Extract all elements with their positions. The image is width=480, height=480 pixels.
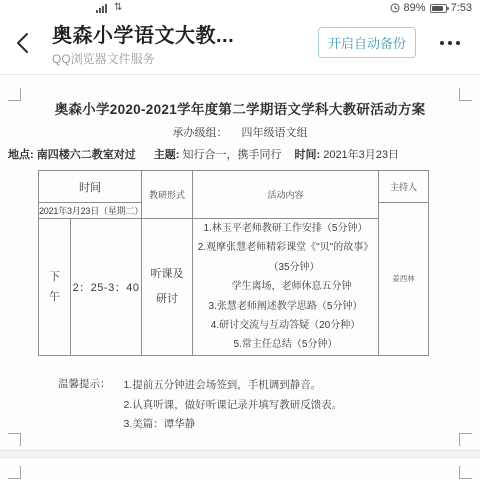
organizer-value: 四年级语文组 [242, 127, 308, 139]
tips-section: 温馨提示： 1.提前五分钟进会场签到，手机调到静音。 2.认真听课，做好听课记录… [58, 376, 342, 435]
back-button[interactable] [16, 28, 42, 58]
app-header: 奥森小学语文大教... QQ浏览器文件服务 开启自动备份 [0, 15, 480, 75]
doc-organizer-line: 承办级组：四年级语文组 [0, 124, 480, 140]
form-line: 听课及 [142, 262, 192, 287]
tip-item: 3.美篇：谭华静 [124, 415, 343, 435]
form-cell: 听课及 研讨 [142, 219, 193, 356]
time-value: 2021年3月23日 [323, 149, 399, 161]
document-page: 奥森小学2020-2021学年度第二学期语文学科大教研活动方案 承办级组：四年级… [0, 76, 480, 480]
theme-value: 知行合一，携手同行 [182, 149, 281, 161]
activity-item: 4.研讨交流与互动答疑（20分种） [193, 316, 378, 335]
table-date-cell: 2021年3月23日（星期二） [39, 203, 142, 219]
signal-bars-icon [96, 4, 107, 13]
col-header-content: 活动内容 [193, 171, 379, 219]
tip-item: 1.提前五分钟进会场签到，手机调到静音。 [124, 376, 343, 396]
battery-percent: 89% [404, 2, 426, 14]
page-corner-mark [459, 433, 472, 446]
col-header-host: 主持人 [379, 171, 429, 203]
activity-item: 5.常主任总结（5分钟） [193, 335, 378, 354]
location-label: 地点: [8, 149, 34, 161]
col-header-form: 教研形式 [142, 171, 193, 219]
battery-icon [430, 4, 447, 13]
page-corner-mark [459, 466, 472, 479]
activity-item: 学生离场，老师休息五分钟 [193, 277, 378, 296]
time-label: 时间: [294, 149, 320, 161]
period-cell: 下 午 [39, 219, 71, 356]
host-name-cell: 姜西林 [379, 203, 429, 356]
activity-item: （35分钟） [193, 258, 378, 277]
data-transfer-icon: ⇅ [114, 3, 122, 13]
page-subtitle: QQ浏览器文件服务 [52, 50, 234, 67]
activity-item: 2.观摩张慧老师精彩课堂《"贝"的故事》 [193, 238, 378, 257]
tips-label: 温馨提示： [58, 376, 111, 435]
activities-cell: 1.林玉平老师教研工作安排（5分钟） 2.观摩张慧老师精彩课堂《"贝"的故事》 … [193, 219, 379, 356]
screen: ⇅ 89% 7:53 奥森小学语文大教... QQ浏览器文件服务 开启自动备份 [0, 0, 480, 480]
tips-items: 1.提前五分钟进会场签到，手机调到静音。 2.认真听课，做好听课记录并填写教研反… [124, 376, 343, 435]
auto-backup-button[interactable]: 开启自动备份 [318, 27, 416, 58]
theme-label: 主题: [154, 149, 180, 161]
header-title-block: 奥森小学语文大教... QQ浏览器文件服务 [52, 19, 234, 67]
time-range-cell: 2：25-3：40 [71, 219, 142, 356]
activity-item: 1.林玉平老师教研工作安排（5分钟） [193, 219, 378, 238]
more-options-icon[interactable] [440, 35, 460, 51]
col-header-time: 时间 [39, 171, 142, 203]
activity-item: 3.张慧老师阐述教学思路（5分钟） [193, 297, 378, 316]
location-value: 南四楼六二教室对过 [37, 149, 136, 161]
page-corner-mark [8, 466, 21, 479]
period-char: 下 [39, 267, 70, 287]
status-bar: ⇅ 89% 7:53 [0, 0, 480, 15]
page-title: 奥森小学语文大教... [52, 19, 234, 48]
doc-title: 奥森小学2020-2021学年度第二学期语文学科大教研活动方案 [0, 98, 480, 118]
page-corner-mark [8, 433, 21, 446]
organizer-label: 承办级组： [173, 127, 228, 139]
schedule-table: 时间 教研形式 活动内容 主持人 2021年3月23日（星期二） 姜西林 下 午… [38, 170, 429, 356]
tip-item: 2.认真听课，做好听课记录并填写教研反馈表。 [124, 396, 343, 416]
doc-meta-line: 地点: 南四楼六二教室对过 主题: 知行合一，携手同行 时间: 2021年3月2… [8, 146, 399, 162]
back-chevron-icon [16, 32, 29, 54]
period-char: 午 [39, 287, 70, 307]
form-line: 研讨 [142, 287, 192, 312]
alarm-clock-icon [390, 3, 400, 13]
page-separator [0, 450, 480, 458]
status-time: 7:53 [451, 2, 472, 14]
